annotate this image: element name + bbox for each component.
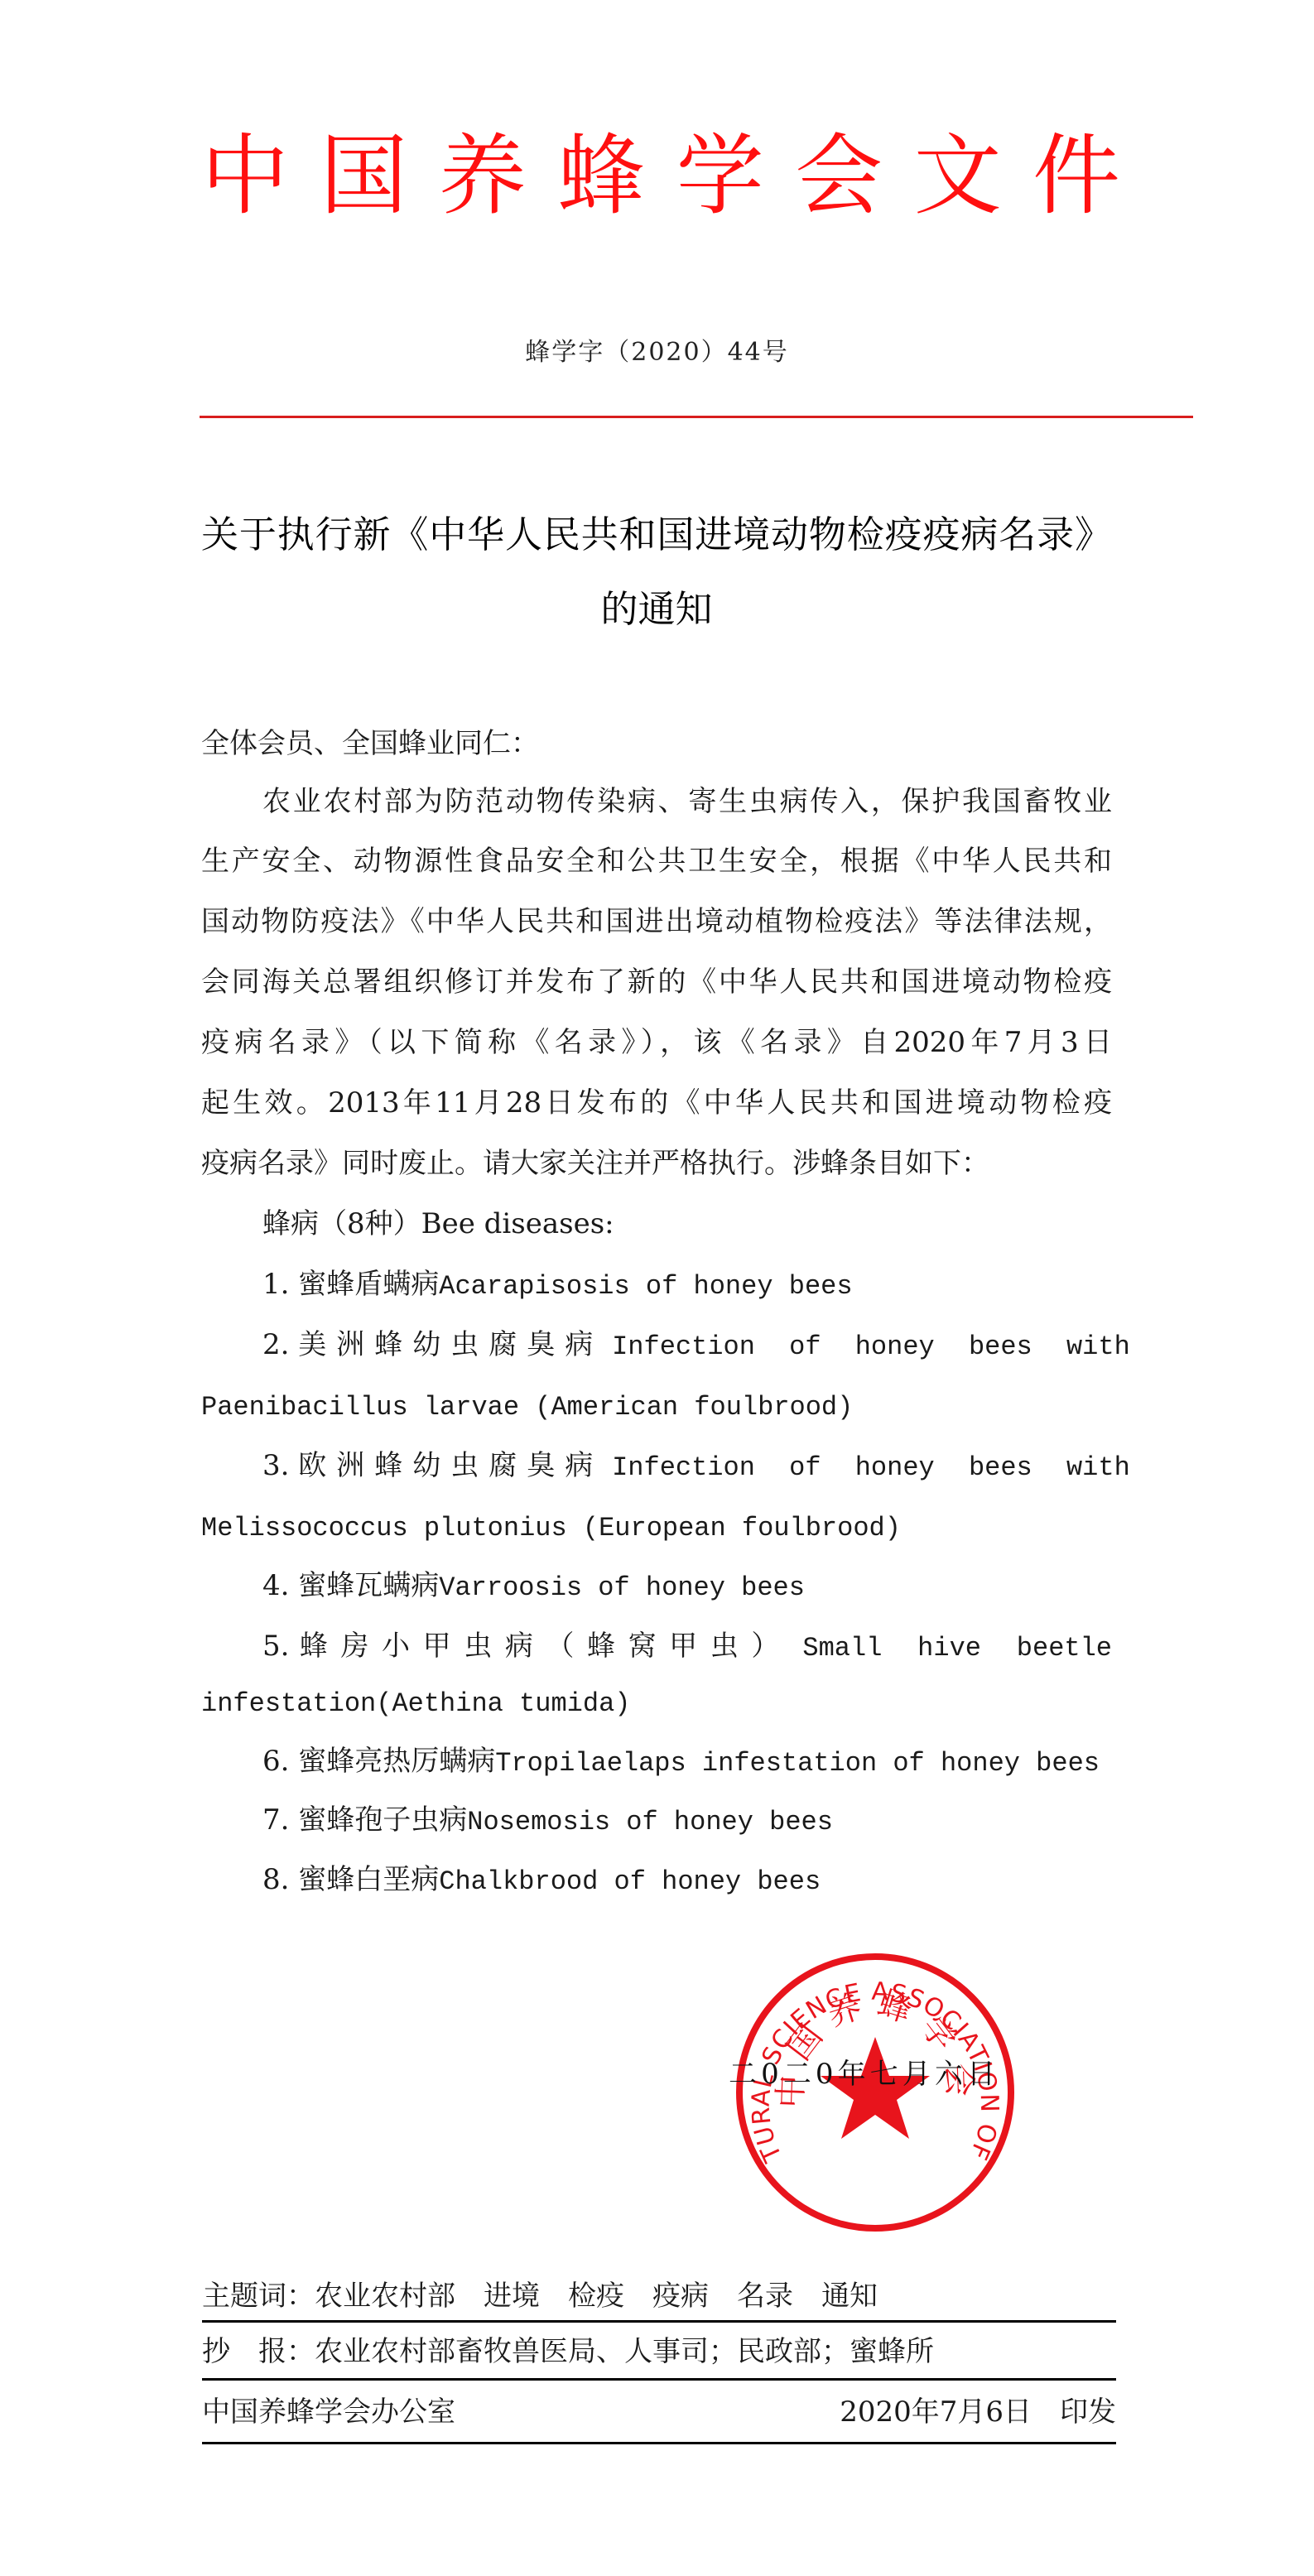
headline-line-1: 关于执行新《中华人民共和国进境动物检疫疫病名录》	[201, 510, 1112, 560]
item-number: 3.	[262, 1449, 289, 1482]
item-name-en: Acarapisosis of honey bees	[439, 1271, 852, 1302]
paragraph-line: 农业农村部为防范动物传染病、寄生虫病传入，保护我国畜牧业	[262, 781, 1112, 822]
keywords-value: 农业农村部 进境 检疫 疫病 名录 通知	[315, 2280, 878, 2313]
item-name-cn: 蜜蜂白垩病	[298, 1863, 439, 1896]
item-number: 5.	[262, 1630, 289, 1663]
cc-label: 抄 报：	[202, 2335, 315, 2368]
disease-list-heading: 蜂病（8种）Bee diseases:	[262, 1203, 1112, 1245]
item-name-en-cont: Melissococcus plutonius (European foulbr…	[201, 1513, 901, 1543]
item-name-cn: 蜜蜂盾螨病	[298, 1268, 439, 1301]
disease-item-4: 4. 蜜蜂瓦螨病Varroosis of honey bees	[262, 1565, 1112, 1609]
item-name-cn: 蜂房小甲虫病（蜂窝甲虫）	[300, 1630, 792, 1663]
paragraph-line: 起生效。2013年11月28日发布的《中华人民共和国进境动物检疫	[201, 1082, 1112, 1124]
item-number: 8.	[262, 1863, 289, 1896]
disease-item-2: 2. 美洲蜂幼虫腐臭病 Infection of honey bees with	[262, 1324, 1112, 1368]
disease-item-8: 8. 蜜蜂白垩病Chalkbrood of honey bees	[262, 1859, 1112, 1903]
item-name-en: Small hive beetle	[802, 1633, 1112, 1664]
issuer: 中国养蜂学会办公室	[202, 2395, 455, 2429]
item-name-en: Infection of honey bees with	[612, 1452, 1130, 1483]
item-number: 6.	[262, 1745, 289, 1778]
item-name-en: Infection of honey bees with	[612, 1331, 1130, 1362]
item-number: 4.	[262, 1569, 289, 1602]
signature-date: 二0二0年七月六日	[729, 2056, 995, 2092]
item-name-cn: 蜜蜂瓦螨病	[298, 1569, 439, 1602]
paragraph-line: 生产安全、动物源性食品安全和公共卫生安全，根据《中华人民共和	[201, 840, 1112, 882]
red-separator-rule	[200, 416, 1193, 418]
issue-date: 2020年7月6日 印发	[840, 2391, 1116, 2433]
footer-rule-2	[202, 2378, 1116, 2381]
disease-item-3: 3. 欧洲蜂幼虫腐臭病 Infection of honey bees with	[262, 1445, 1112, 1489]
footer-rule-3	[202, 2442, 1116, 2444]
headline-line-2: 的通知	[201, 585, 1112, 634]
paragraph-line: 国动物防疫法》《中华人民共和国进出境动植物检疫法》等法律法规，	[201, 901, 1112, 942]
item-name-en: Varroosis of honey bees	[439, 1572, 805, 1603]
footer-rule-1	[202, 2320, 1116, 2323]
disease-item-2-continued: Paenibacillus larvae (American foulbrood…	[201, 1384, 1112, 1428]
disease-item-5: 5. 蜂房小甲虫病（蜂窝甲虫） Small hive beetle	[262, 1625, 1112, 1669]
footer-keywords: 主题词：农业农村部 进境 检疫 疫病 名录 通知	[202, 2275, 1116, 2317]
disease-item-1: 1. 蜜蜂盾螨病Acarapisosis of honey bees	[262, 1264, 1112, 1307]
item-name-cn: 蜜蜂孢子虫病	[298, 1803, 467, 1837]
cc-value: 农业农村部畜牧兽医局、人事司；民政部；蜜蜂所	[315, 2335, 934, 2368]
item-name-cn: 蜜蜂亮热厉螨病	[298, 1745, 495, 1778]
official-seal-icon: APICULTURAL SCIENCE ASSOCIATION OF CHINA…	[733, 1950, 1018, 2235]
disease-item-7: 7. 蜜蜂孢子虫病Nosemosis of honey bees	[262, 1799, 1112, 1843]
item-number: 7.	[262, 1803, 289, 1837]
item-number: 1.	[262, 1268, 289, 1301]
keywords-label: 主题词：	[202, 2280, 315, 2313]
paragraph-line: 会同海关总署组织修订并发布了新的《中华人民共和国进境动物检疫	[201, 961, 1112, 1003]
salutation: 全体会员、全国蜂业同仁：	[201, 723, 1112, 764]
item-name-en-cont: infestation(Aethina tumida)	[201, 1688, 630, 1719]
item-name-en: Nosemosis of honey bees	[467, 1807, 833, 1837]
paragraph-line: 疫病名录》（以下简称《名录》），该《名录》自2020年7月3日	[201, 1022, 1112, 1063]
footer-issuer-row: 中国养蜂学会办公室 2020年7月6日 印发	[202, 2391, 1116, 2433]
item-name-en: Tropilaelaps infestation of honey bees	[495, 1748, 1100, 1779]
item-name-cn: 欧洲蜂幼虫腐臭病	[298, 1449, 603, 1482]
item-name-en-cont: Paenibacillus larvae (American foulbrood…	[201, 1392, 853, 1423]
item-number: 2.	[262, 1328, 289, 1361]
document-number: 蜂学字（2020）44号	[0, 336, 1314, 369]
item-name-en: Chalkbrood of honey bees	[439, 1866, 821, 1897]
disease-item-5-continued: infestation(Aethina tumida)	[201, 1681, 1112, 1725]
paragraph-line: 疫病名录》同时废止。请大家关注并严格执行。涉蜂条目如下：	[201, 1143, 1112, 1184]
org-document-title: 中国养蜂学会文件	[201, 123, 1120, 230]
footer-cc: 抄 报：农业农村部畜牧兽医局、人事司；民政部；蜜蜂所	[202, 2331, 1116, 2372]
disease-item-3-continued: Melissococcus plutonius (European foulbr…	[201, 1505, 1112, 1549]
disease-item-6: 6. 蜜蜂亮热厉螨病Tropilaelaps infestation of ho…	[262, 1741, 1112, 1784]
item-name-cn: 美洲蜂幼虫腐臭病	[298, 1328, 603, 1361]
